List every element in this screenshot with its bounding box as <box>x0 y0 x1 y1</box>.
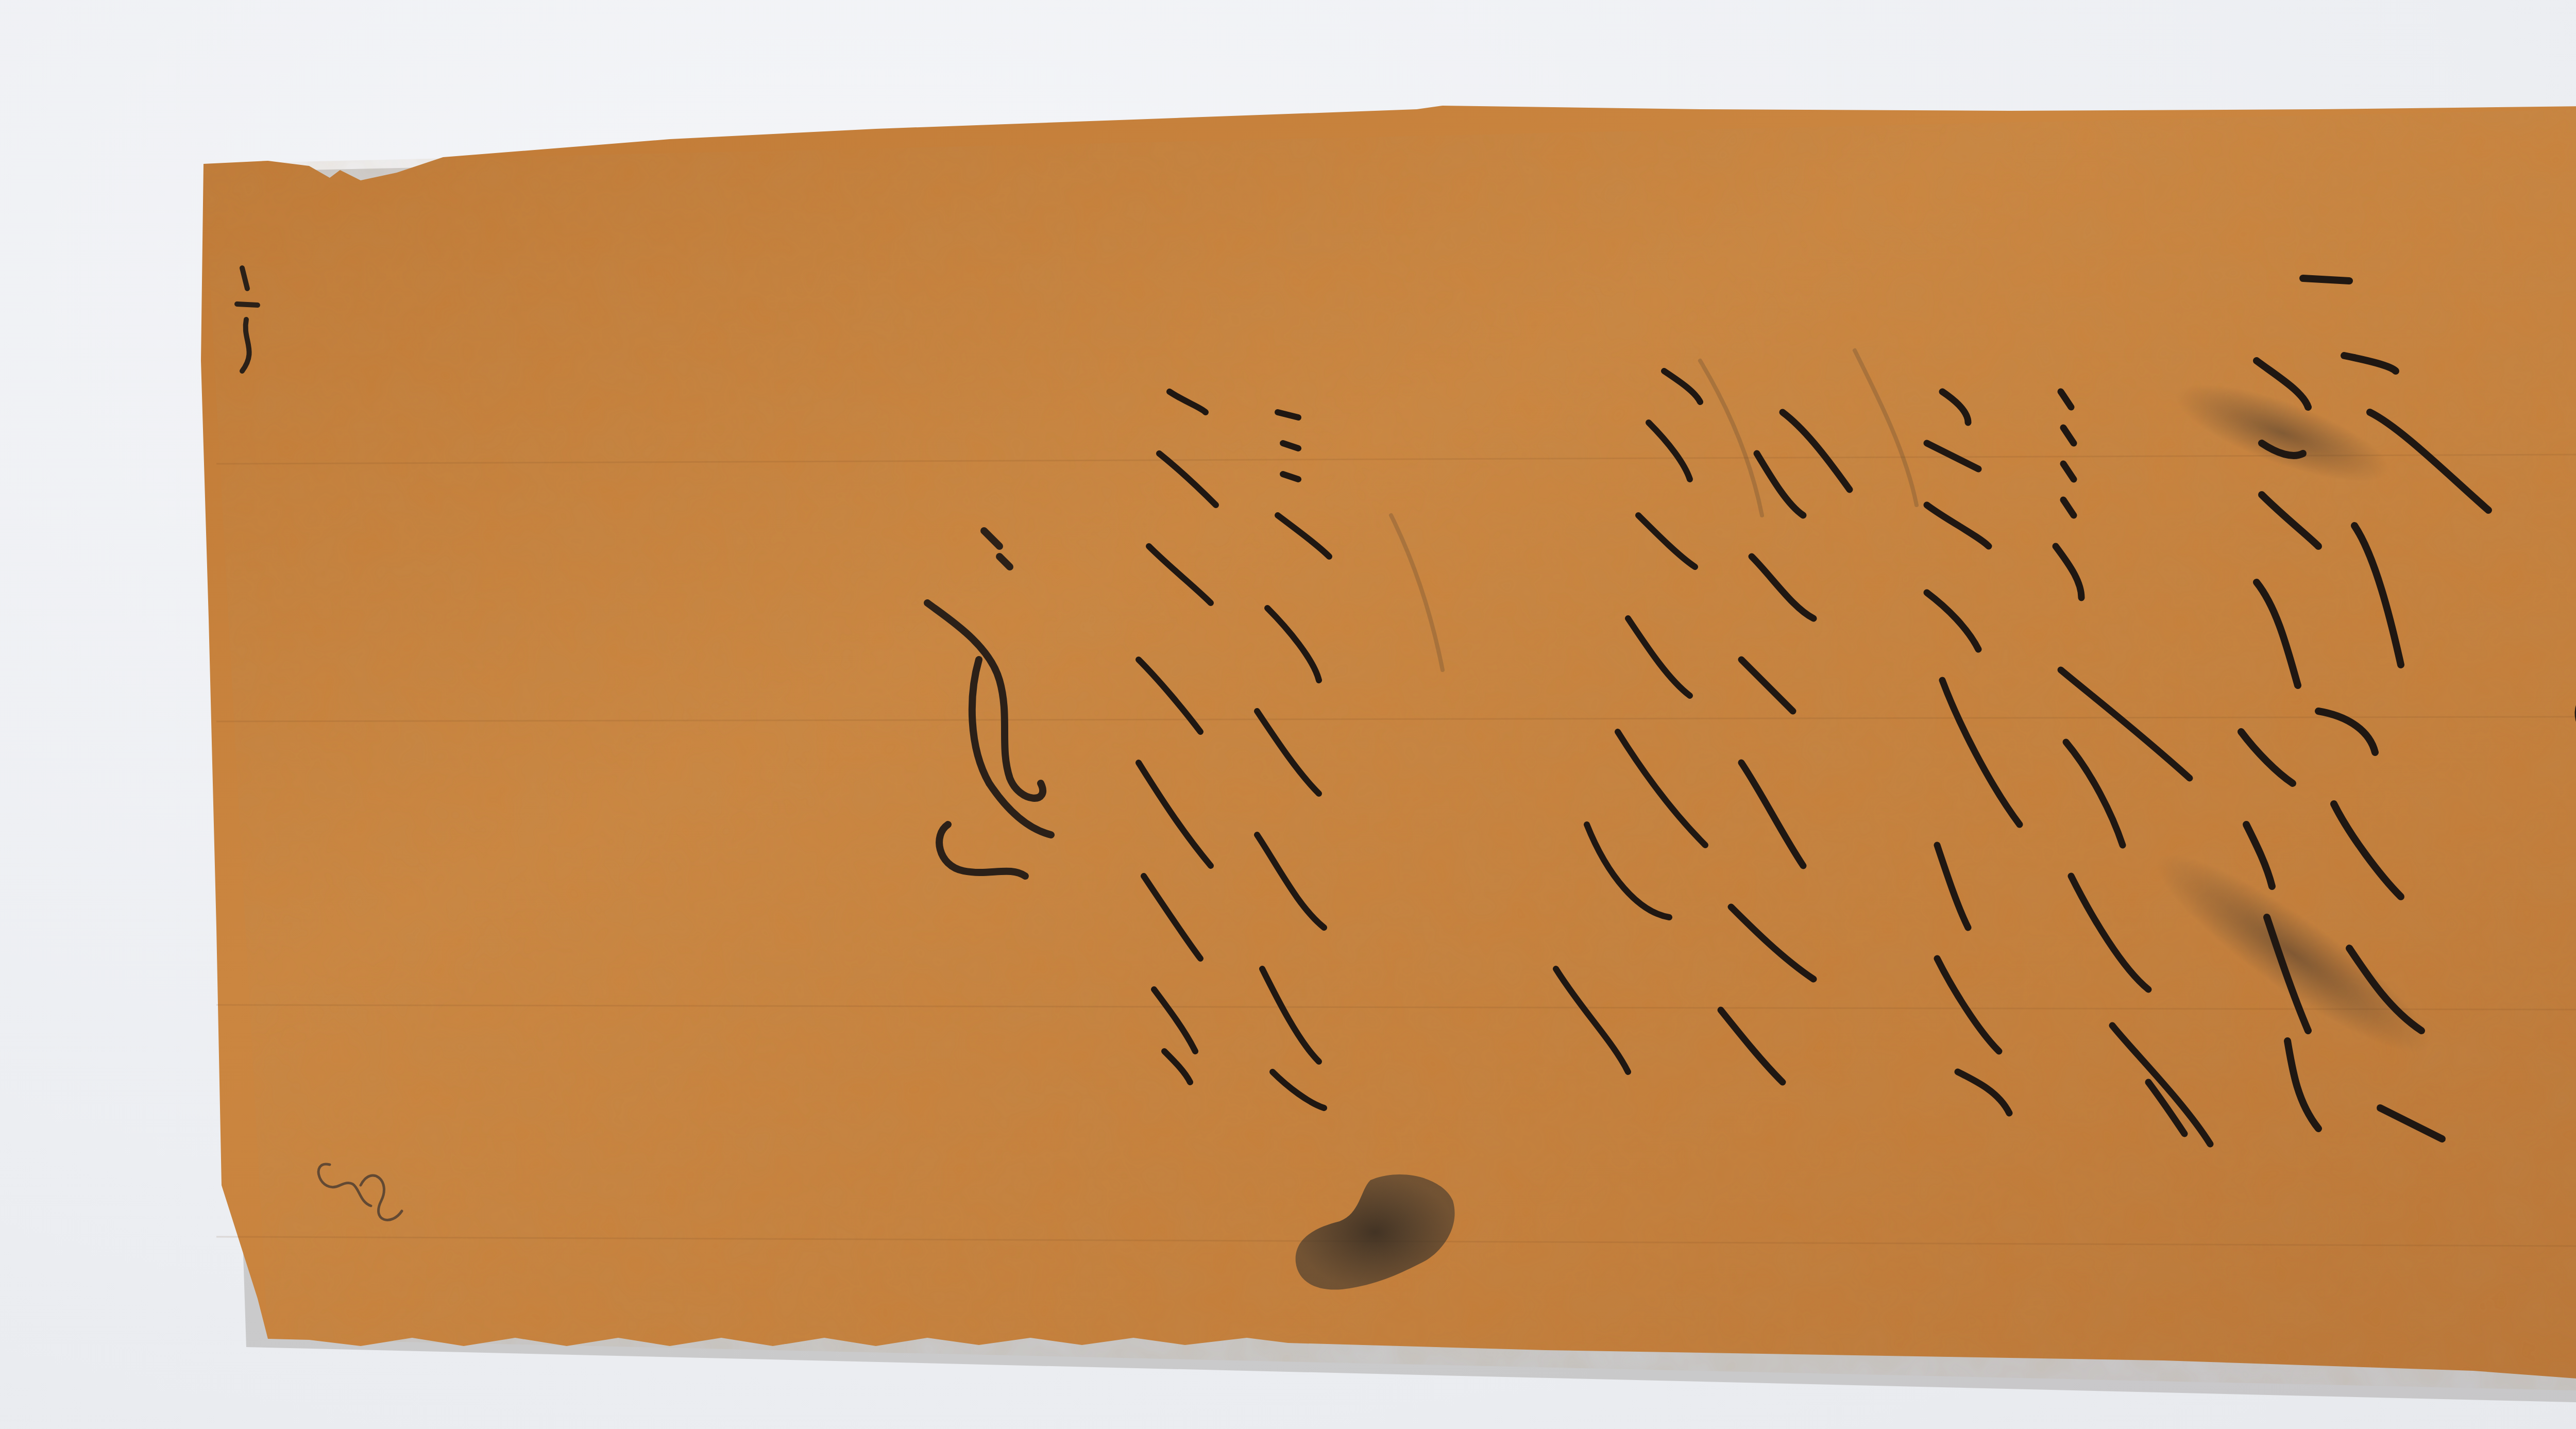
manuscript-page <box>0 0 2576 1429</box>
document-kind: manuscript-scan <box>12 1391 107 1404</box>
